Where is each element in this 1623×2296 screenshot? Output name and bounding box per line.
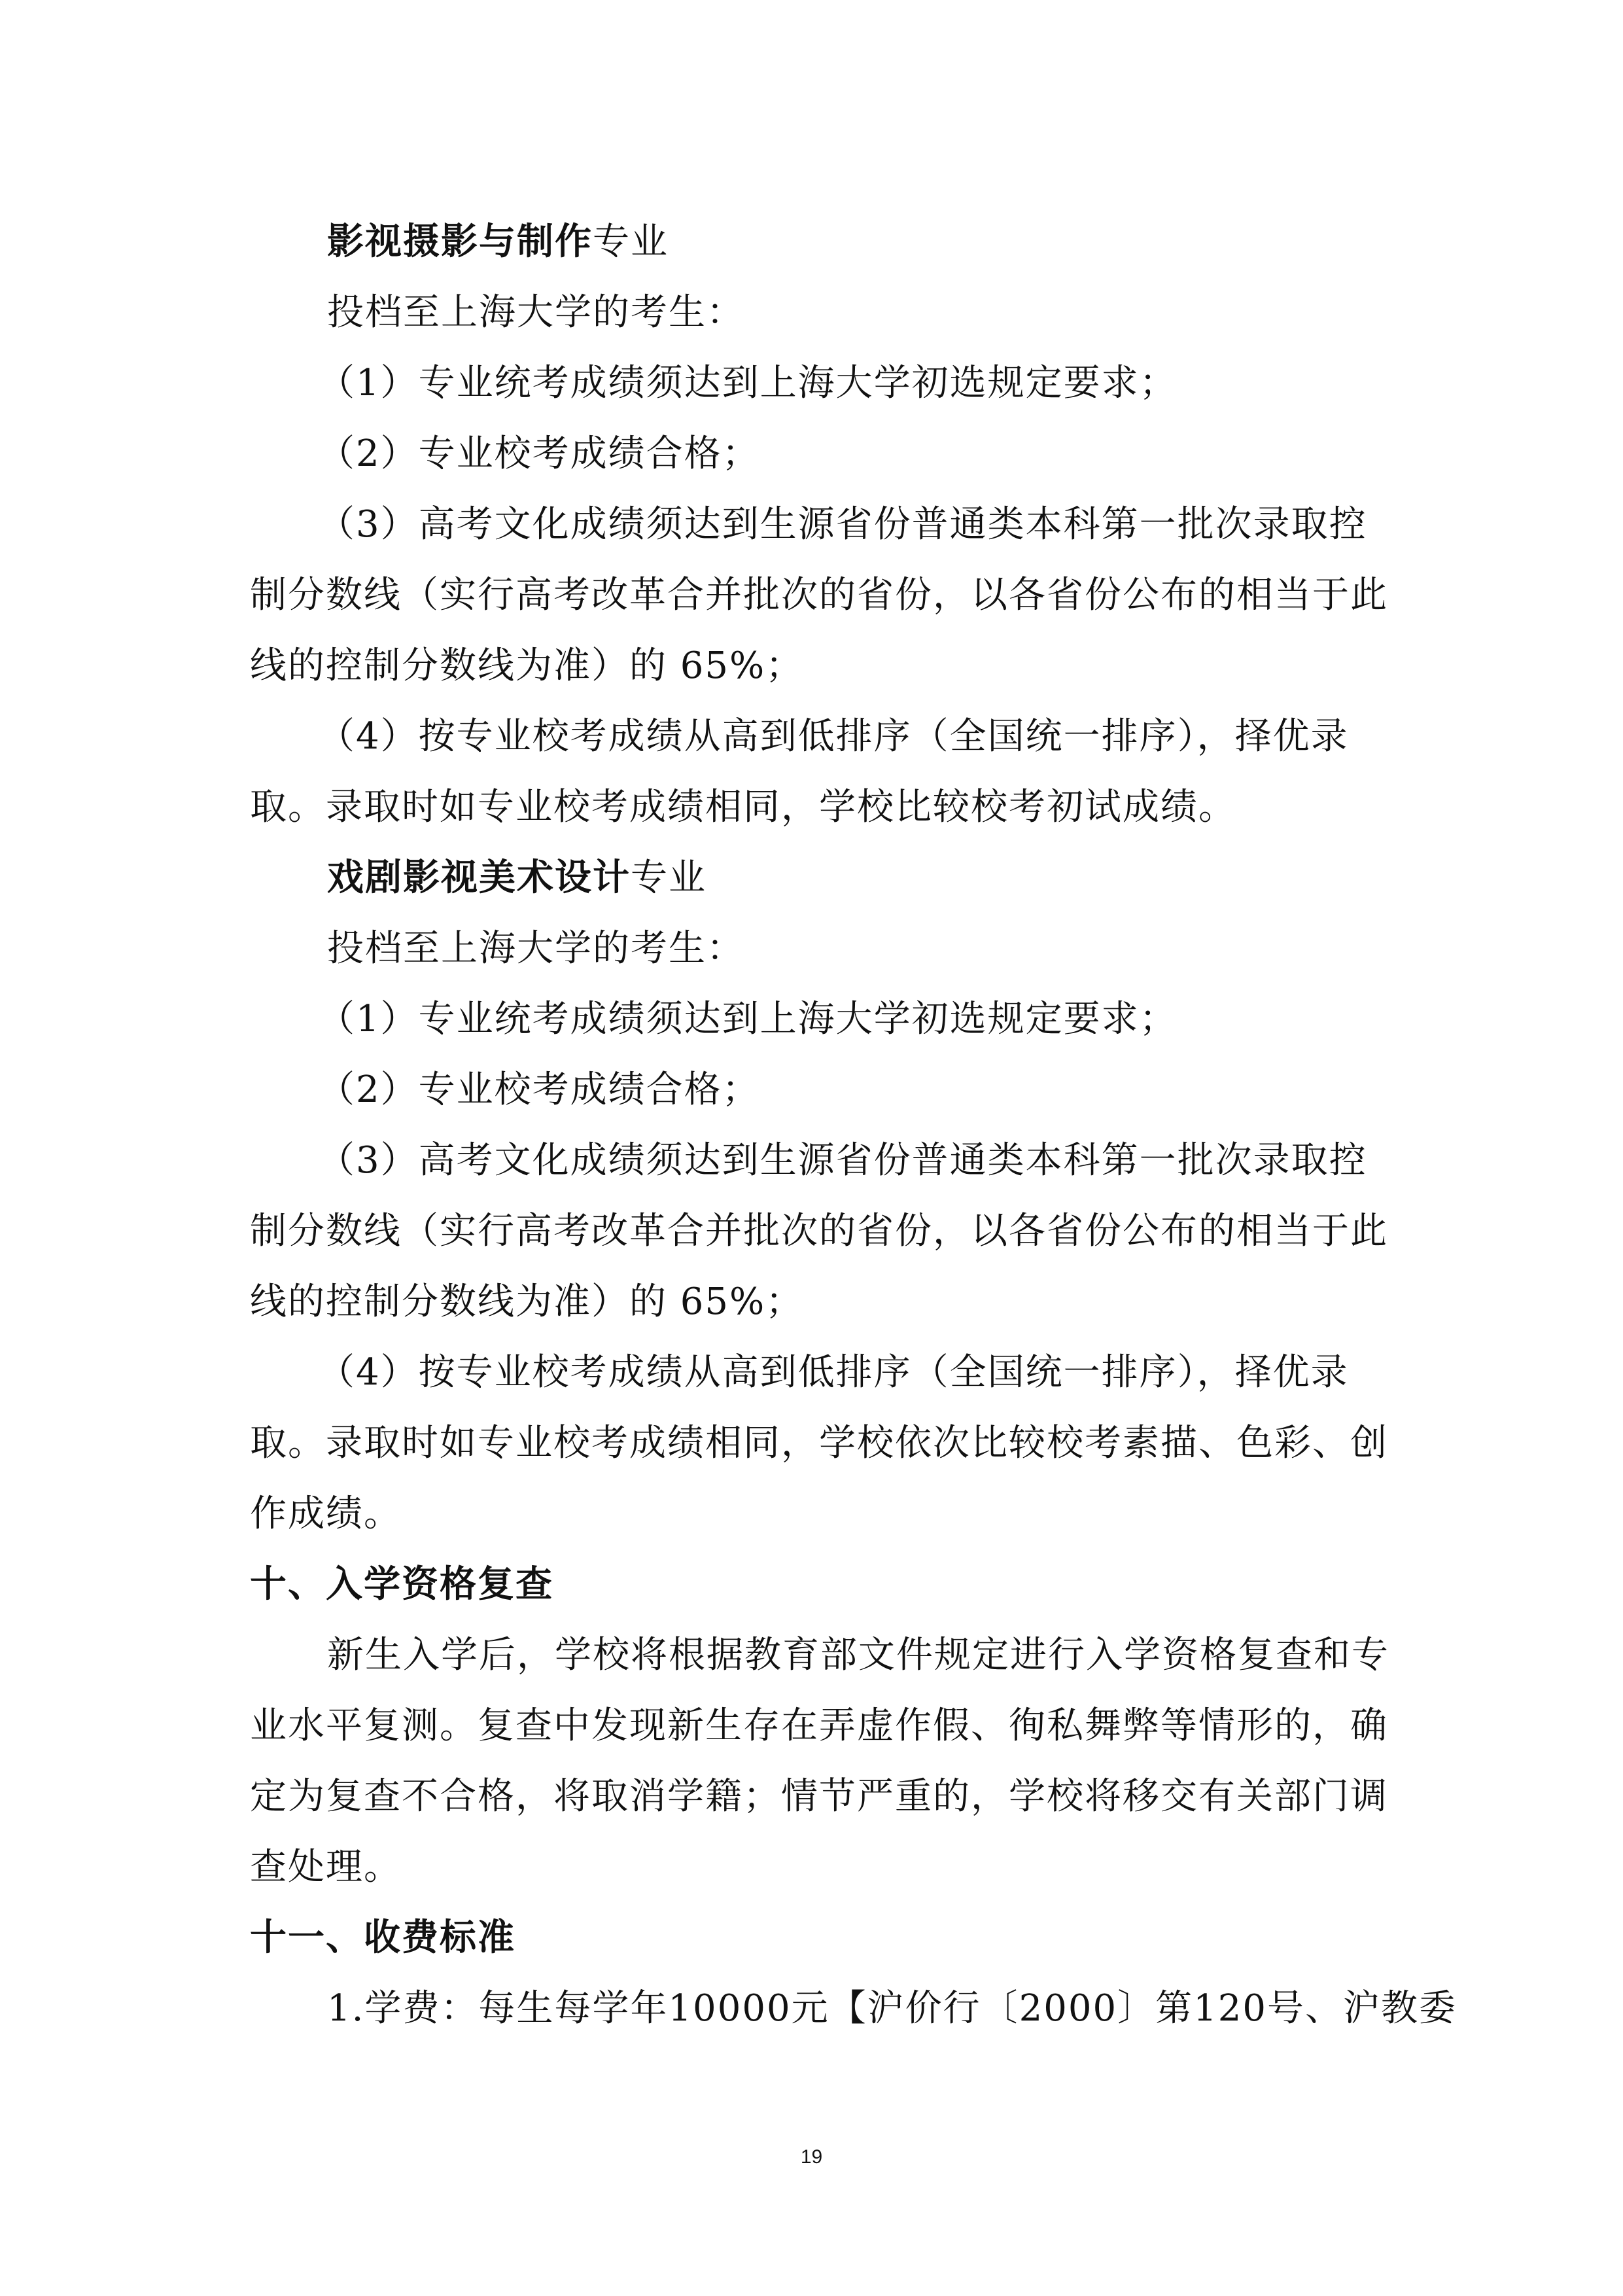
requirement-item: （2）专业校考成绩合格； (318, 1067, 1456, 1113)
requirement-item-cont: 取。录取时如专业校考成绩相同，学校比较校考初试成绩。 (250, 785, 1388, 830)
requirement-item: （1）专业统考成绩须达到上海大学初选规定要求； (318, 361, 1456, 406)
requirement-item: （1）专业统考成绩须达到上海大学初选规定要求； (318, 997, 1456, 1042)
major-heading-stage-art-design: 戏剧影视美术设计专业 (327, 855, 1465, 901)
requirement-item-cont: 作成绩。 (250, 1491, 1388, 1537)
requirement-item-cont: 线的控制分数线为准）的 65%； (250, 1279, 1388, 1325)
requirement-item-cont: 制分数线（实行高考改革合并批次的省份，以各省份公布的相当于此 (250, 573, 1388, 618)
page-number: 19 (0, 2146, 1623, 2168)
requirement-item: （2）专业校考成绩合格； (318, 431, 1456, 477)
requirement-item-cont: 取。录取时如专业校考成绩相同，学校依次比较校考素描、色彩、创 (250, 1421, 1388, 1466)
intro-line: 投档至上海大学的考生： (327, 926, 1465, 972)
major-suffix: 专业 (631, 857, 707, 899)
requirement-item: （4）按专业校考成绩从高到低排序（全国统一排序），择优录 (318, 1350, 1456, 1396)
major-name: 影视摄影与制作 (327, 221, 593, 263)
paragraph-line: 1.学费：每生每学年10000元【沪价行〔2000〕第120号、沪教委 (327, 1986, 1465, 2032)
paragraph-line: 定为复查不合格，将取消学籍；情节严重的，学校将移交有关部门调 (250, 1774, 1388, 1820)
major-suffix: 专业 (593, 221, 669, 263)
major-heading-film-photography: 影视摄影与制作专业 (327, 219, 1465, 265)
document-page: 影视摄影与制作专业 投档至上海大学的考生： （1）专业统考成绩须达到上海大学初选… (0, 0, 1623, 2296)
major-name: 戏剧影视美术设计 (327, 857, 631, 899)
intro-line: 投档至上海大学的考生： (327, 290, 1465, 336)
requirement-item: （3）高考文化成绩须达到生源省份普通类本科第一批次录取控 (318, 1138, 1456, 1184)
requirement-item: （3）高考文化成绩须达到生源省份普通类本科第一批次录取控 (318, 502, 1456, 548)
requirement-item-cont: 线的控制分数线为准）的 65%； (250, 643, 1388, 689)
requirement-item: （4）按专业校考成绩从高到低排序（全国统一排序），择优录 (318, 714, 1456, 760)
paragraph-line: 新生入学后，学校将根据教育部文件规定进行入学资格复查和专 (327, 1633, 1465, 1678)
section-heading-fee-standard: 十一、收费标准 (250, 1915, 1388, 1961)
paragraph-line: 业水平复测。复查中发现新生存在弄虚作假、徇私舞弊等情形的，确 (250, 1703, 1388, 1749)
paragraph-line: 查处理。 (250, 1845, 1388, 1890)
section-heading-admission-review: 十、入学资格复查 (250, 1562, 1388, 1608)
requirement-item-cont: 制分数线（实行高考改革合并批次的省份，以各省份公布的相当于此 (250, 1209, 1388, 1254)
